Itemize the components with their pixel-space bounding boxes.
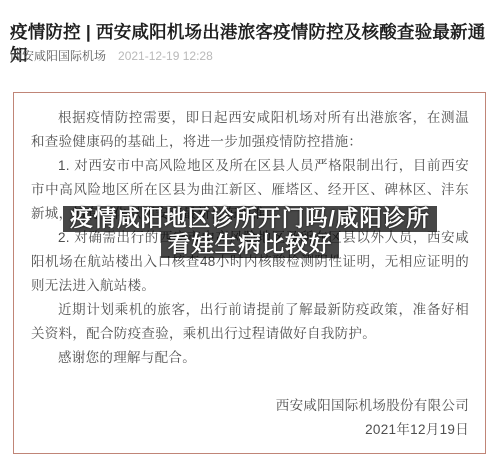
notice-paragraph: 根据疫情防控需要，即日起西安咸阳机场对所有出港旅客，在测温和查验健康码的基础上，…: [31, 106, 469, 154]
publish-timestamp: 2021-12-19 12:28: [118, 49, 213, 63]
signature-date: 2021年12月19日: [31, 418, 469, 442]
notice-paragraph: 近期计划乘机的旅客，出行前请提前了解最新防疫政策，准备好相关资料，配合防疫查验，…: [31, 298, 469, 346]
notice-paragraph: 感谢您的理解与配合。: [31, 346, 469, 370]
signature-block: 西安咸阳国际机场股份有限公司 2021年12月19日: [31, 394, 469, 442]
notice-paragraph: 1. 对西安市中高风险地区及所在区县人员严格限制出行，目前西安市中高风险地区所在…: [31, 154, 469, 226]
article-meta: 西安咸阳国际机场2021-12-19 12:28: [10, 48, 213, 64]
notice-box: 根据疫情防控需要，即日起西安咸阳机场对所有出港旅客，在测温和查验健康码的基础上，…: [13, 92, 486, 454]
signature-company: 西安咸阳国际机场股份有限公司: [31, 394, 469, 418]
article-page: 疫情防控 | 西安咸阳机场出港旅客疫情防控及核酸查验最新通知 西安咸阳国际机场2…: [0, 0, 500, 472]
notice-paragraph: 2. 对确需出行的西安市中高风险地区及所在区县以外人员，西安咸阳机场在航站楼出入…: [31, 226, 469, 298]
source-link[interactable]: 西安咸阳国际机场: [10, 49, 106, 63]
notice-body: 根据疫情防控需要，即日起西安咸阳机场对所有出港旅客，在测温和查验健康码的基础上，…: [31, 106, 469, 370]
